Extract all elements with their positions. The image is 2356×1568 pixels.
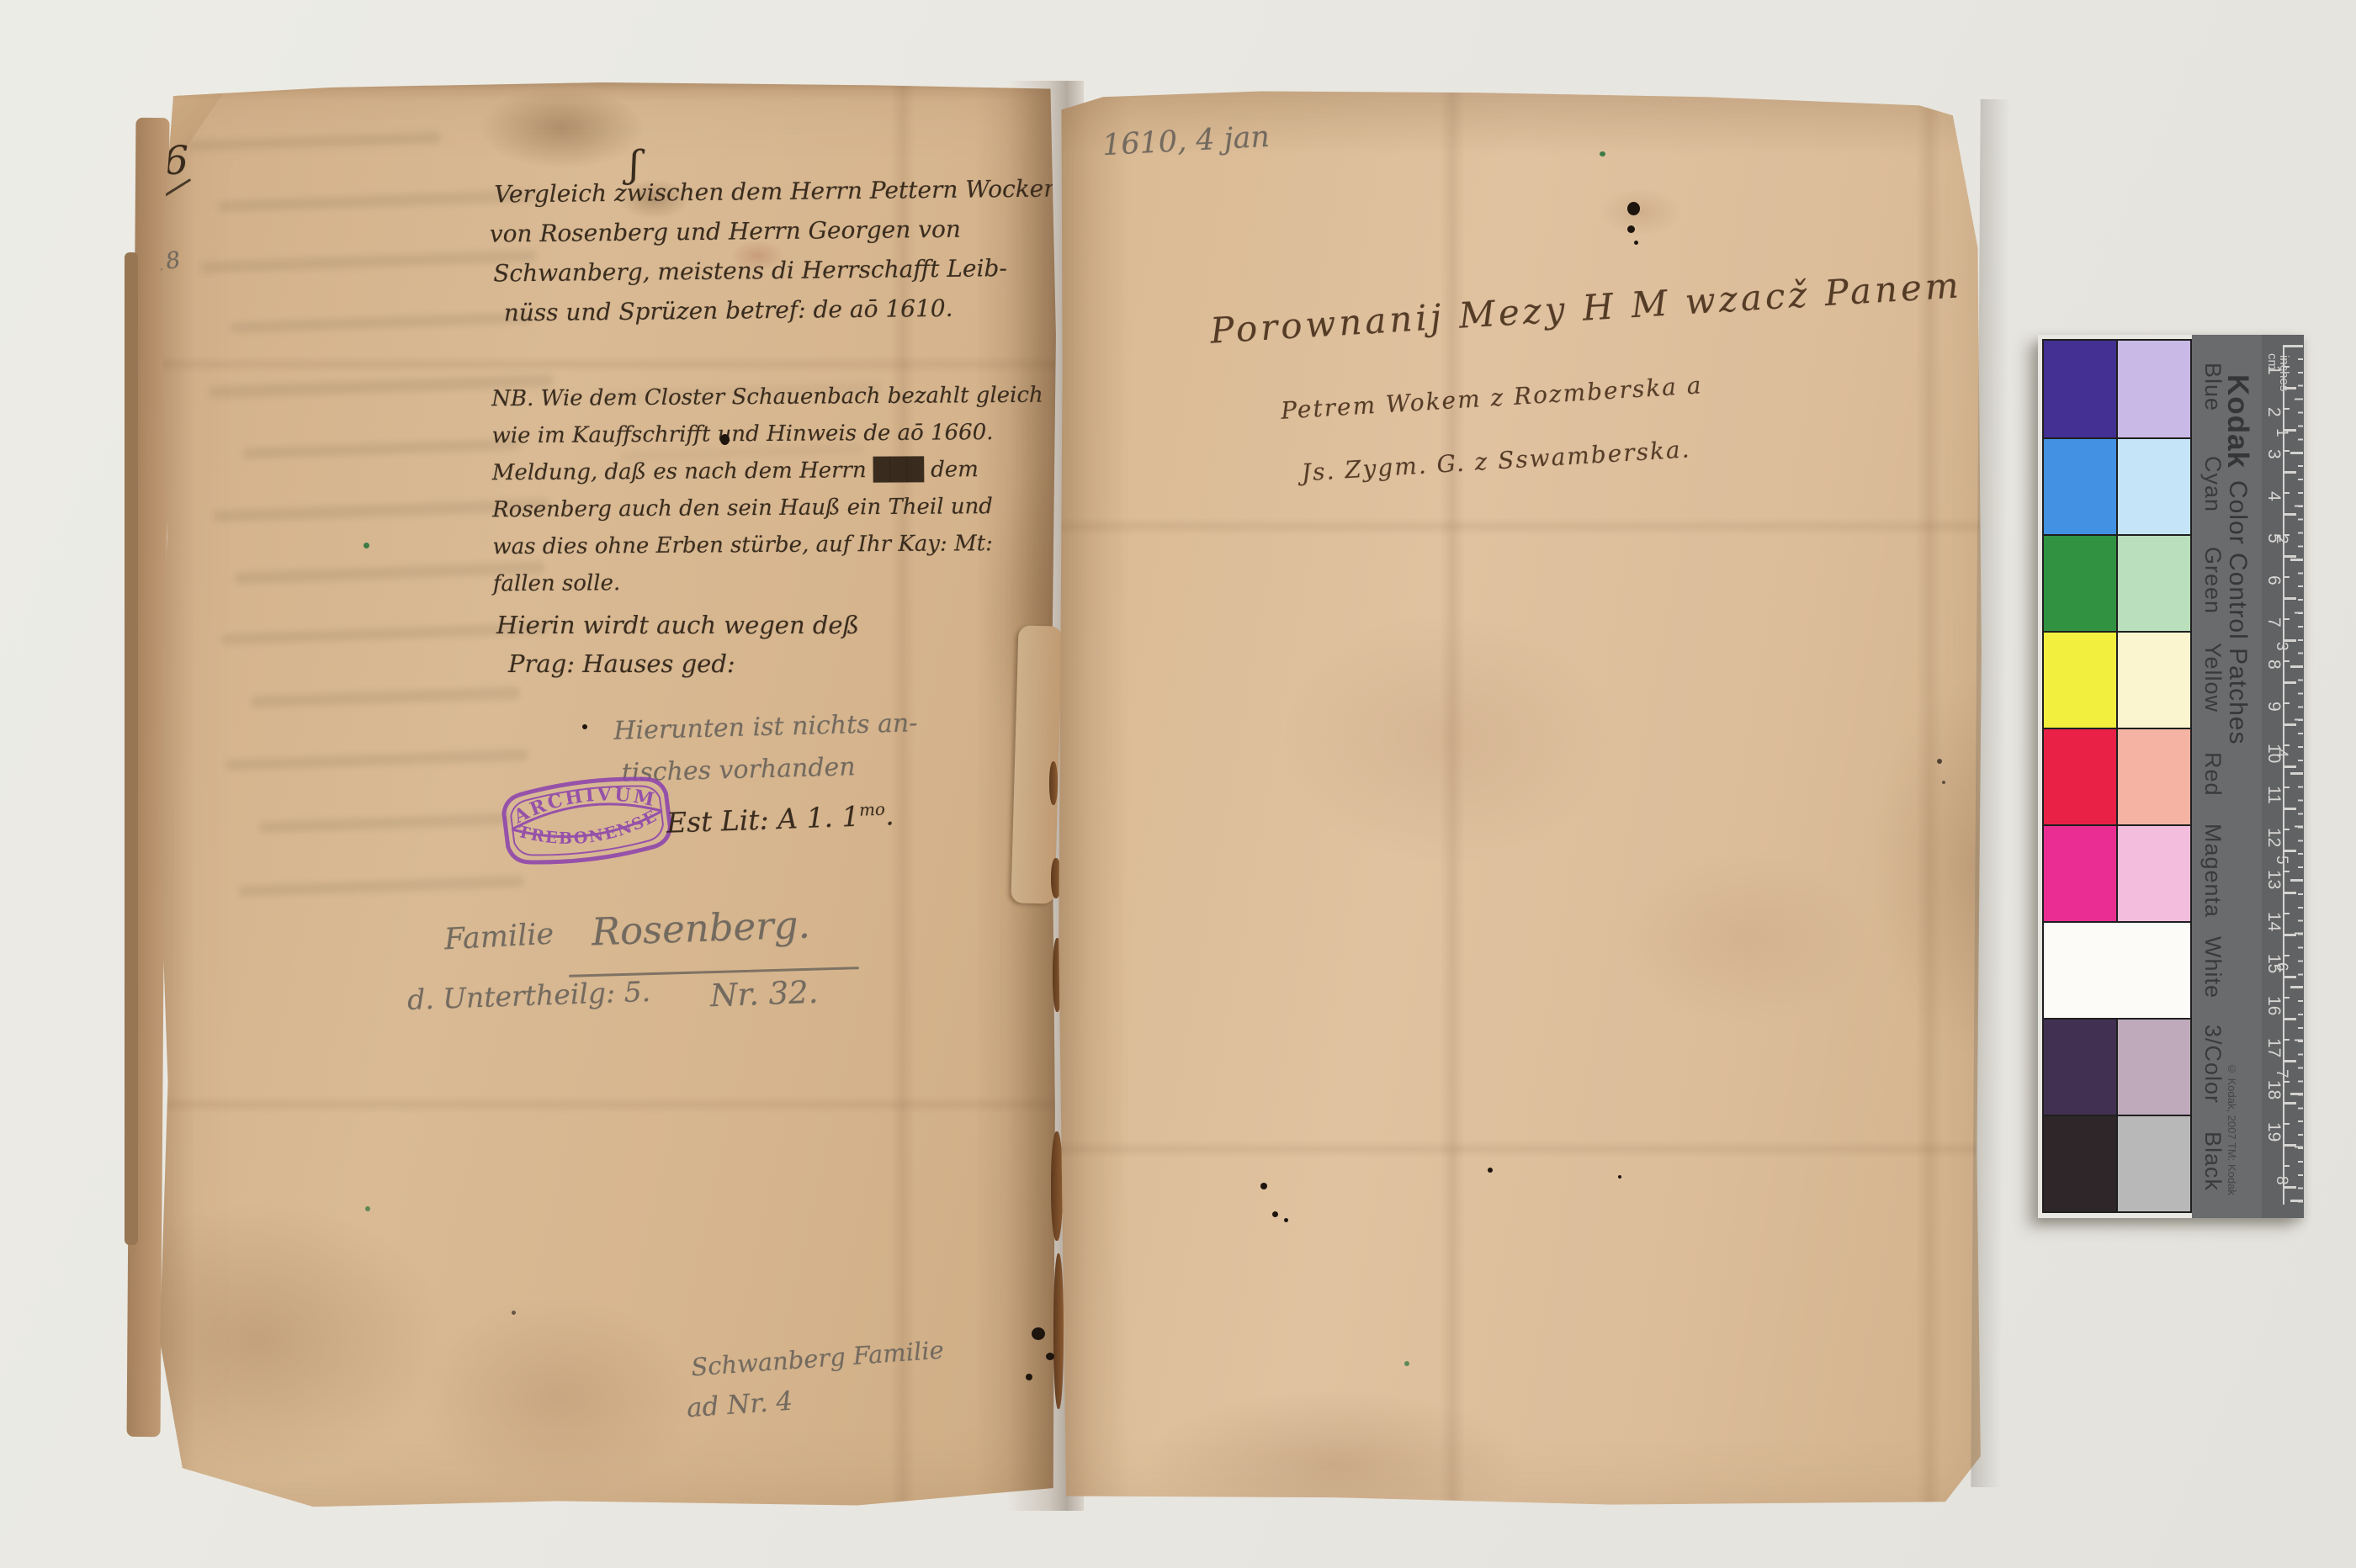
family-name: Rosenberg. bbox=[591, 902, 810, 954]
color-patch-tint bbox=[2116, 633, 2190, 728]
card-label-band: BlueCyanGreenYellowRedMagentaWhite3/Colo… bbox=[2192, 335, 2262, 1218]
color-patch-grid bbox=[2042, 339, 2192, 1213]
date-note: 1610, 4 jan bbox=[1101, 120, 1271, 162]
manuscript-line: wie im Kauffschrifft und Hinweis de aō 1… bbox=[491, 414, 1043, 455]
color-label: Black bbox=[2199, 1113, 2226, 1210]
cm-number: 14 bbox=[2263, 912, 2284, 931]
seam-tear bbox=[1049, 761, 1058, 805]
inscription-line: Petrem Wokem z Rozmberska a bbox=[1280, 371, 1703, 425]
color-patch-row bbox=[2044, 824, 2190, 921]
archival-scan-photo: 6 18 ʃ Vergleich zwischen dem Herrn Pett… bbox=[0, 0, 2356, 1568]
mold-speck bbox=[365, 1206, 370, 1211]
inch-tick-marks bbox=[2286, 345, 2303, 1211]
manuscript-line: Rosenberg auch den sein Hauß ein Theil u… bbox=[492, 488, 1044, 529]
ink-blot bbox=[1634, 241, 1638, 245]
manuscript-line: Hierin wirdt auch wegen deß bbox=[496, 606, 859, 644]
inch-number: 8 bbox=[2272, 1176, 2290, 1185]
color-patch-row bbox=[2044, 728, 2190, 824]
mold-speck bbox=[1600, 151, 1605, 156]
card-title-text: Color Control Patches bbox=[2224, 480, 2252, 744]
paper-stack-edge bbox=[125, 252, 138, 1245]
cm-number: 12 bbox=[2263, 828, 2284, 847]
ink-blot bbox=[1627, 202, 1640, 215]
card-title: Kodak Color Control Patches bbox=[2221, 374, 2254, 745]
cm-number: 19 bbox=[2263, 1122, 2284, 1142]
inch-number: 1 bbox=[2272, 428, 2290, 437]
ink-speck bbox=[1942, 781, 1945, 784]
right-page: 1610, 4 jan Porownanij Mezy H M wzacž Pa… bbox=[1057, 84, 1982, 1507]
inscription-line: Js. Zygm. G. z Sswamberska. bbox=[1301, 435, 1691, 486]
color-patch-tint bbox=[2116, 341, 2190, 437]
title-paragraph: Vergleich zwischen dem Herrn Pettern Woc… bbox=[494, 168, 1060, 332]
color-patch bbox=[2044, 826, 2116, 921]
shelfmark-end: . bbox=[884, 798, 894, 831]
ink-speck bbox=[1937, 759, 1942, 764]
color-patch bbox=[2044, 633, 2116, 728]
ink-blot bbox=[1026, 1374, 1032, 1380]
color-patch bbox=[2044, 1020, 2116, 1115]
color-patch-tint bbox=[2116, 439, 2190, 534]
seam-tear bbox=[1053, 1253, 1064, 1409]
color-patch bbox=[2044, 536, 2116, 631]
color-patch-row bbox=[2044, 341, 2190, 437]
cm-number: 1 bbox=[2263, 365, 2284, 375]
cm-number: 17 bbox=[2263, 1038, 2284, 1057]
crease bbox=[150, 1095, 1057, 1114]
color-patch bbox=[2044, 341, 2116, 437]
czech-inscription: Porownanij Mezy H M wzacž Panem Petrem W… bbox=[1209, 268, 1928, 529]
color-patch-tint bbox=[2116, 729, 2190, 824]
archive-stamp: ARCHIVUM TREBONENSE bbox=[492, 765, 682, 879]
cm-number: 11 bbox=[2263, 786, 2284, 804]
top-edge-fold bbox=[150, 77, 1057, 101]
shelfmark-sup: mo bbox=[859, 800, 885, 820]
number-note: Nr. 32. bbox=[709, 974, 819, 1014]
ink-speck bbox=[1272, 1211, 1278, 1217]
cm-number: 9 bbox=[2263, 702, 2284, 712]
inch-number: 6 bbox=[2272, 962, 2290, 972]
color-patch-row bbox=[2044, 1018, 2190, 1115]
kodak-brand: Kodak bbox=[2221, 374, 2254, 469]
inch-number: 2 bbox=[2272, 535, 2290, 544]
ink-blot bbox=[1046, 1353, 1054, 1360]
cm-number: 2 bbox=[2263, 407, 2284, 417]
shelfmark: Est Lit: A 1. 1mo. bbox=[666, 798, 894, 839]
color-patch bbox=[2044, 1116, 2116, 1211]
cm-number: 7 bbox=[2263, 617, 2284, 628]
manuscript-line: fallen solle. bbox=[493, 562, 1045, 603]
color-patch-tint bbox=[2116, 1020, 2190, 1115]
cm-number: 6 bbox=[2263, 575, 2284, 585]
ink-speck bbox=[582, 724, 587, 729]
cm-number: 18 bbox=[2263, 1080, 2284, 1099]
color-label: Magenta bbox=[2199, 823, 2226, 919]
color-patch-row bbox=[2044, 1115, 2190, 1211]
color-patch bbox=[2044, 439, 2116, 534]
ink-speck bbox=[1488, 1168, 1493, 1173]
bottom-note-line2: ad Nr. 4 bbox=[686, 1386, 793, 1424]
inch-number: 5 bbox=[2272, 856, 2290, 865]
color-label: White bbox=[2199, 919, 2226, 1016]
color-patch-row bbox=[2044, 631, 2190, 728]
manuscript-line: Vergleich zwischen dem Herrn Pettern Woc… bbox=[494, 168, 1059, 214]
ink-speck bbox=[1260, 1183, 1267, 1189]
color-patch-row bbox=[2044, 921, 2190, 1018]
ink-blot bbox=[1627, 225, 1635, 233]
pencil-line: Hierunten ist nichts an- bbox=[613, 702, 918, 752]
mold-speck bbox=[1404, 1361, 1409, 1366]
inch-number: 4 bbox=[2272, 749, 2290, 758]
manuscript-line: Prag: Hauses ged: bbox=[508, 644, 859, 683]
inscription-line: Porownanij Mezy H M wzacž Panem bbox=[1209, 264, 1963, 352]
cm-number: 8 bbox=[2263, 660, 2284, 670]
color-patch-row bbox=[2044, 437, 2190, 534]
color-patch-tint bbox=[2116, 536, 2190, 631]
color-patch bbox=[2044, 923, 2116, 1018]
color-patch-row bbox=[2044, 534, 2190, 631]
card-ruler: cm inches 12345678910111213141516171819 … bbox=[2262, 335, 2304, 1218]
manuscript-line-with-blot: Meldung, daß es nach dem Herrn ███ dem bbox=[492, 451, 1044, 492]
cm-number: 16 bbox=[2263, 996, 2284, 1015]
cm-number: 13 bbox=[2263, 870, 2284, 889]
crease bbox=[1057, 517, 1982, 536]
color-patch-tint bbox=[2116, 1116, 2190, 1211]
manuscript-line: was dies ohne Erben stürbe, auf Ihr Kay:… bbox=[492, 525, 1044, 566]
color-label: 3/Color bbox=[2199, 1016, 2226, 1113]
crease bbox=[150, 355, 1057, 373]
shelfmark-main: Est Lit: A 1. 1 bbox=[666, 800, 860, 840]
prague-note: Hierin wirdt auch wegen deß Prag: Hauses… bbox=[496, 606, 859, 683]
kodak-color-card: BlueCyanGreenYellowRedMagentaWhite3/Colo… bbox=[2038, 335, 2304, 1218]
cm-number: 4 bbox=[2263, 491, 2284, 501]
nb-paragraph: NB. Wie dem Closter Schauenbach bezahlt … bbox=[491, 377, 1044, 603]
crease bbox=[1057, 1140, 1982, 1158]
manuscript-line: NB. Wie dem Closter Schauenbach bezahlt … bbox=[491, 377, 1043, 418]
manuscript-line: von Rosenberg und Herrn Georgen von bbox=[490, 208, 1060, 253]
seam-tear bbox=[1051, 1131, 1063, 1241]
family-word: Familie bbox=[443, 918, 555, 957]
manuscript-line: nüss und Sprüzen betref: de aō 1610. bbox=[504, 287, 1061, 332]
inch-number: 3 bbox=[2272, 642, 2290, 651]
manuscript-line: Schwanberg, meistens di Herrschafft Leib… bbox=[493, 247, 1060, 293]
mold-speck bbox=[363, 543, 369, 548]
left-page: 6 18 ʃ Vergleich zwischen dem Herrn Pett… bbox=[150, 77, 1057, 1512]
cm-number: 3 bbox=[2263, 449, 2284, 459]
color-patch bbox=[2044, 729, 2116, 824]
color-patch-tint bbox=[2116, 923, 2190, 1018]
ink-blot bbox=[1032, 1327, 1045, 1340]
card-copyright: © Kodak, 2007 TM: Kodak bbox=[2226, 1062, 2238, 1195]
ink-speck bbox=[720, 434, 730, 445]
inch-number: 7 bbox=[2272, 1069, 2290, 1078]
ink-speck bbox=[1284, 1218, 1288, 1222]
color-patch-tint bbox=[2116, 826, 2190, 921]
subdivision-note: d. Untertheilg: 5. bbox=[406, 975, 650, 1016]
ink-speck bbox=[512, 1311, 516, 1315]
ink-speck bbox=[1618, 1175, 1621, 1179]
